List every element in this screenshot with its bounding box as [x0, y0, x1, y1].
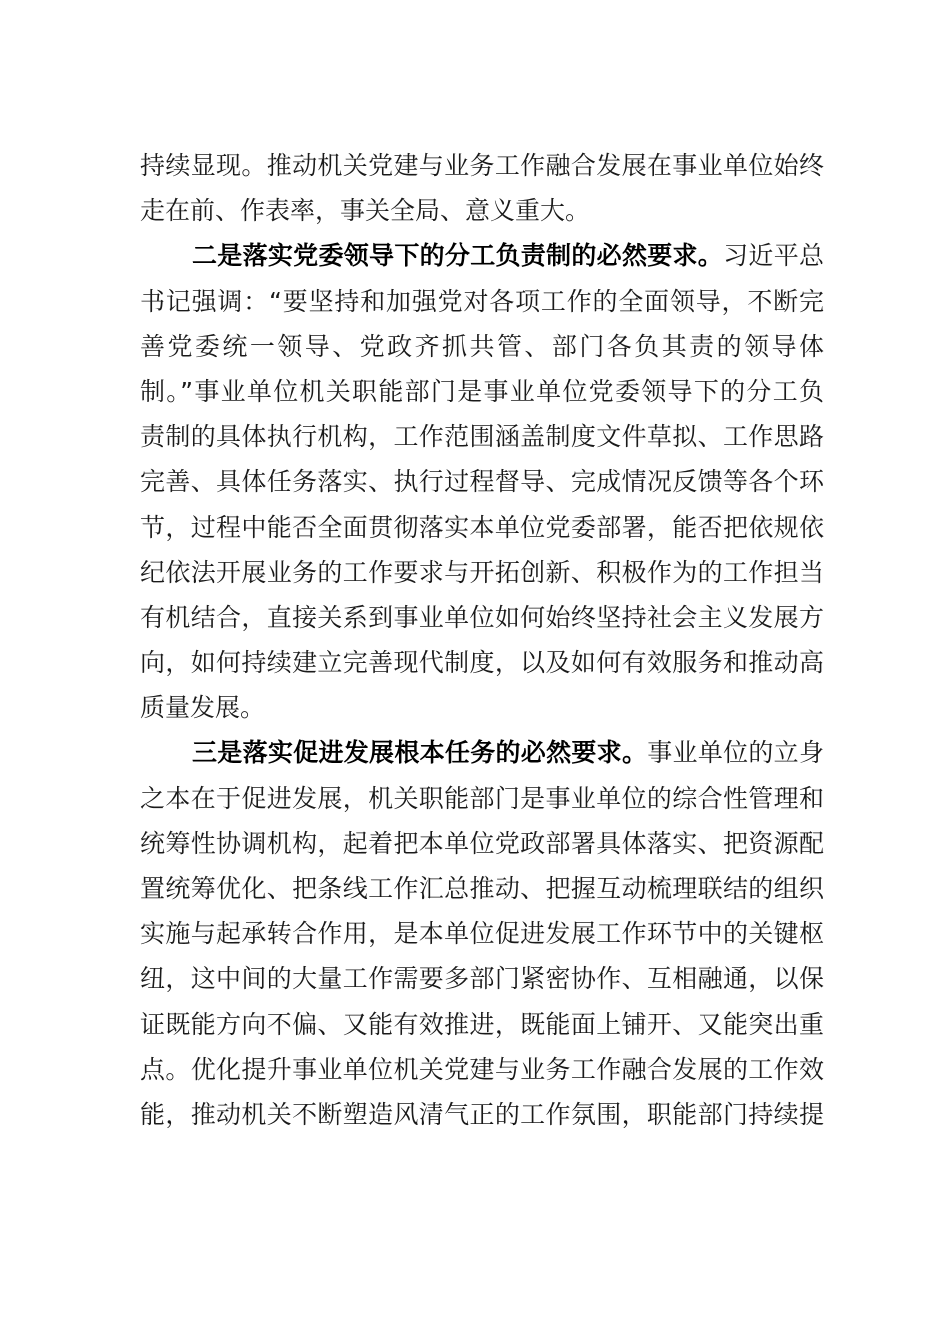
text-line: 统筹性协调机构，起着把本单位党政部署具体落实、把资源配	[140, 821, 824, 866]
text-line: 走在前、作表率，事关全局、意义重大。	[140, 188, 824, 233]
text-line: 向，如何持续建立完善现代制度，以及如何有效服务和推动高	[140, 640, 824, 685]
heading-trailing-text: 习近平总	[723, 241, 824, 270]
text-line: 纽，这中间的大量工作需要多部门紧密协作、互相融通，以保	[140, 956, 824, 1001]
document-page: 持续显现。推动机关党建与业务工作融合发展在事业单位始终 走在前、作表率，事关全局…	[140, 143, 824, 1137]
text-line: 善党委统一领导、党政齐抓共管、部门各负其责的领导体	[140, 324, 824, 369]
text-line: 点。优化提升事业单位机关党建与业务工作融合发展的工作效	[140, 1047, 824, 1092]
paragraph-2: 二是落实党委领导下的分工负责制的必然要求。习近平总 书记强调：“要坚持和加强党对…	[140, 233, 824, 730]
heading-trailing-text: 事业单位的立身	[647, 738, 824, 767]
text-line: 节，过程中能否全面贯彻落实本单位党委部署，能否把依规依	[140, 505, 824, 550]
text-line: 持续显现。推动机关党建与业务工作融合发展在事业单位始终	[140, 143, 824, 188]
text-line: 质量发展。	[140, 685, 824, 730]
paragraph-heading: 三是落实促进发展根本任务的必然要求。	[192, 738, 647, 767]
paragraph-1: 持续显现。推动机关党建与业务工作融合发展在事业单位始终 走在前、作表率，事关全局…	[140, 143, 824, 233]
text-line: 之本在于促进发展，机关职能部门是事业单位的综合性管理和	[140, 776, 824, 821]
text-line: 能，推动机关不断塑造风清气正的工作氛围，职能部门持续提	[140, 1092, 824, 1137]
text-line: 书记强调：“要坚持和加强党对各项工作的全面领导，不断完	[140, 279, 824, 324]
text-line: 纪依法开展业务的工作要求与开拓创新、积极作为的工作担当	[140, 550, 824, 595]
text-line: 制。”事业单位机关职能部门是事业单位党委领导下的分工负	[140, 369, 824, 414]
text-line: 有机结合，直接关系到事业单位如何始终坚持社会主义发展方	[140, 595, 824, 640]
text-line: 证既能方向不偏、又能有效推进，既能面上铺开、又能突出重	[140, 1002, 824, 1047]
text-line: 置统筹优化、把条线工作汇总推动、把握互动梳理联结的组织	[140, 866, 824, 911]
text-line: 完善、具体任务落实、执行过程督导、完成情况反馈等各个环	[140, 459, 824, 504]
paragraph-heading: 二是落实党委领导下的分工负责制的必然要求。	[192, 241, 723, 270]
text-line: 实施与起承转合作用，是本单位促进发展工作环节中的关键枢	[140, 911, 824, 956]
paragraph-3: 三是落实促进发展根本任务的必然要求。事业单位的立身 之本在于促进发展，机关职能部…	[140, 730, 824, 1137]
text-line: 二是落实党委领导下的分工负责制的必然要求。习近平总	[140, 233, 824, 278]
text-line: 三是落实促进发展根本任务的必然要求。事业单位的立身	[140, 730, 824, 775]
text-line: 责制的具体执行机构，工作范围涵盖制度文件草拟、工作思路	[140, 414, 824, 459]
